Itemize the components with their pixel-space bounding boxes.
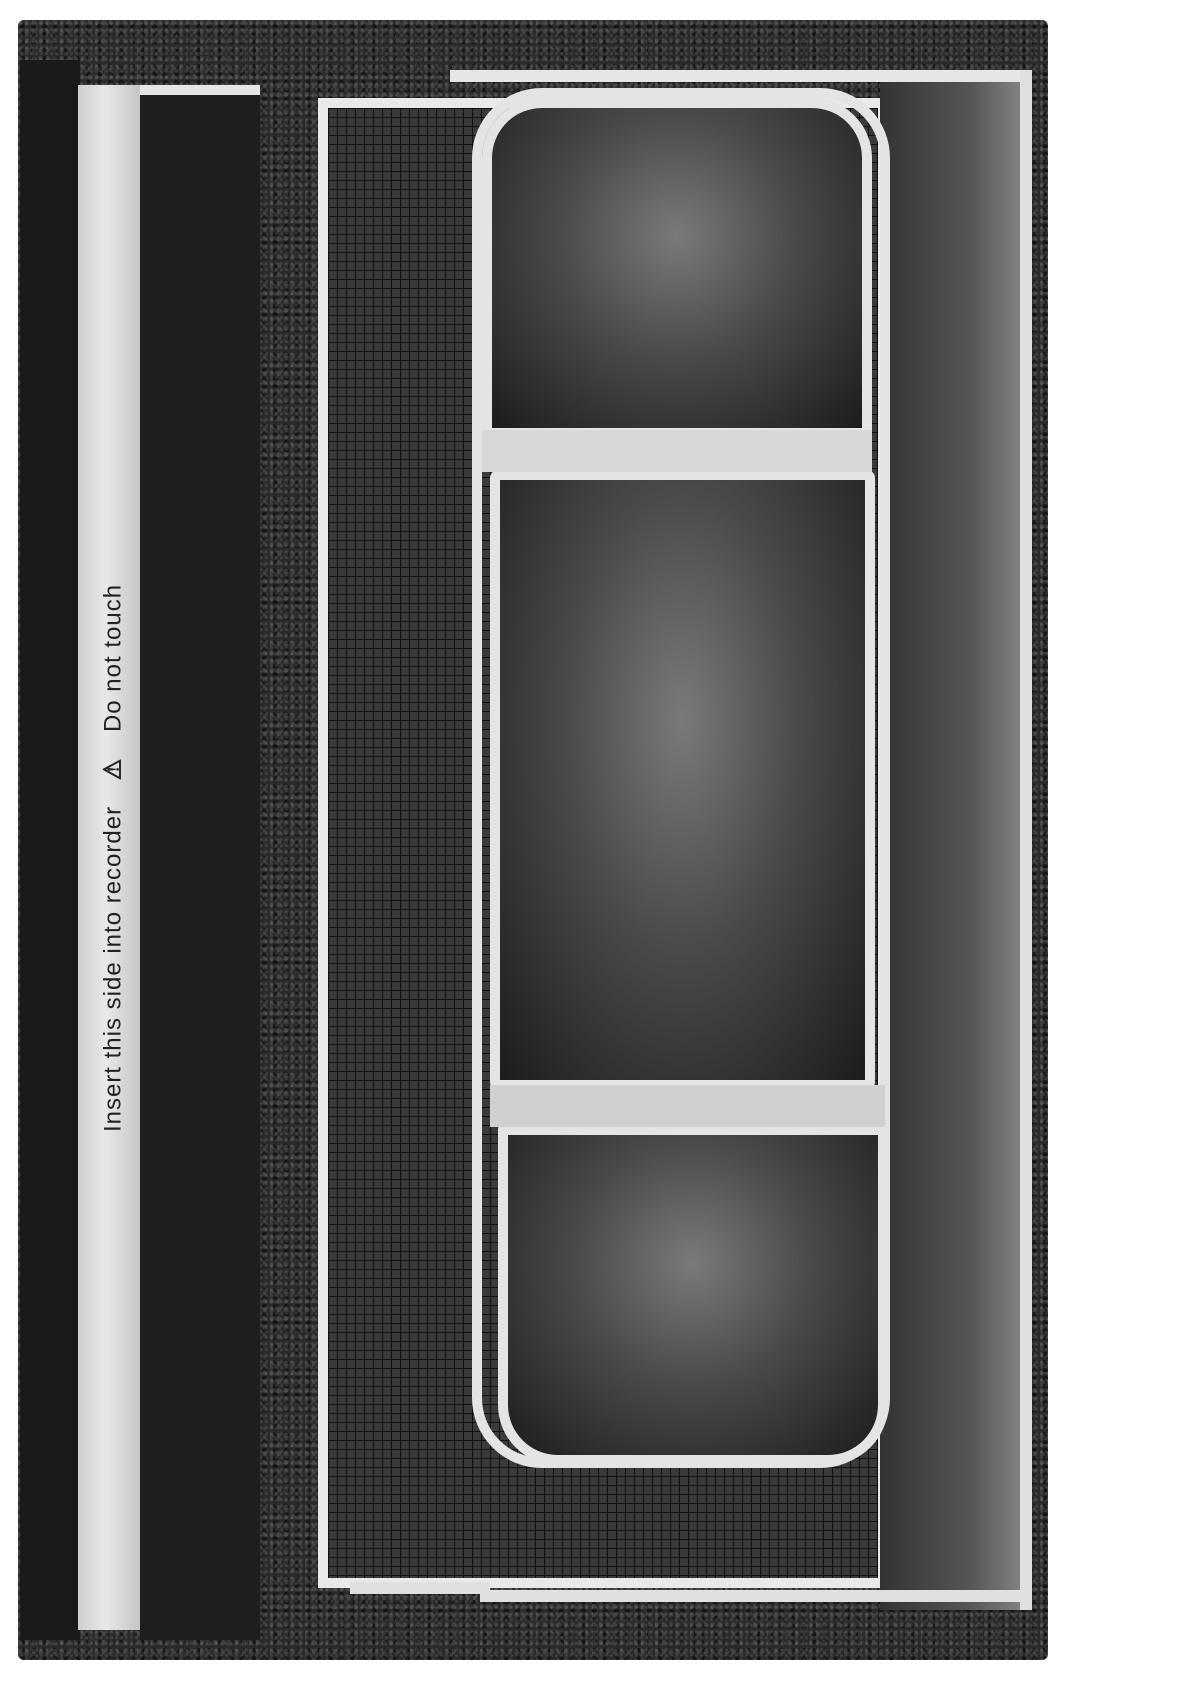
center-window [490,470,875,1090]
label-recess-frame [140,85,260,1640]
window-divider-bottom [490,1085,885,1127]
cassette-spine [20,60,80,1640]
right-edge-outline [1020,70,1032,1610]
bottom-step-outline [350,1582,490,1594]
window-divider-top [482,430,872,472]
label-strip: Insert this side into recorder ⚠ Do not … [78,85,148,1630]
insert-instruction: Insert this side into recorder [100,805,127,1131]
bottom-edge-outline [480,1590,1020,1602]
bottom-reel-window [498,1125,888,1465]
warning-triangle-icon: ⚠ [99,757,128,780]
label-strip-text: Insert this side into recorder ⚠ Do not … [99,583,128,1131]
right-side-panel [880,75,1030,1610]
top-reel-window [482,98,872,438]
do-not-touch-text: Do not touch [100,583,127,731]
top-step-outline [450,70,1030,82]
